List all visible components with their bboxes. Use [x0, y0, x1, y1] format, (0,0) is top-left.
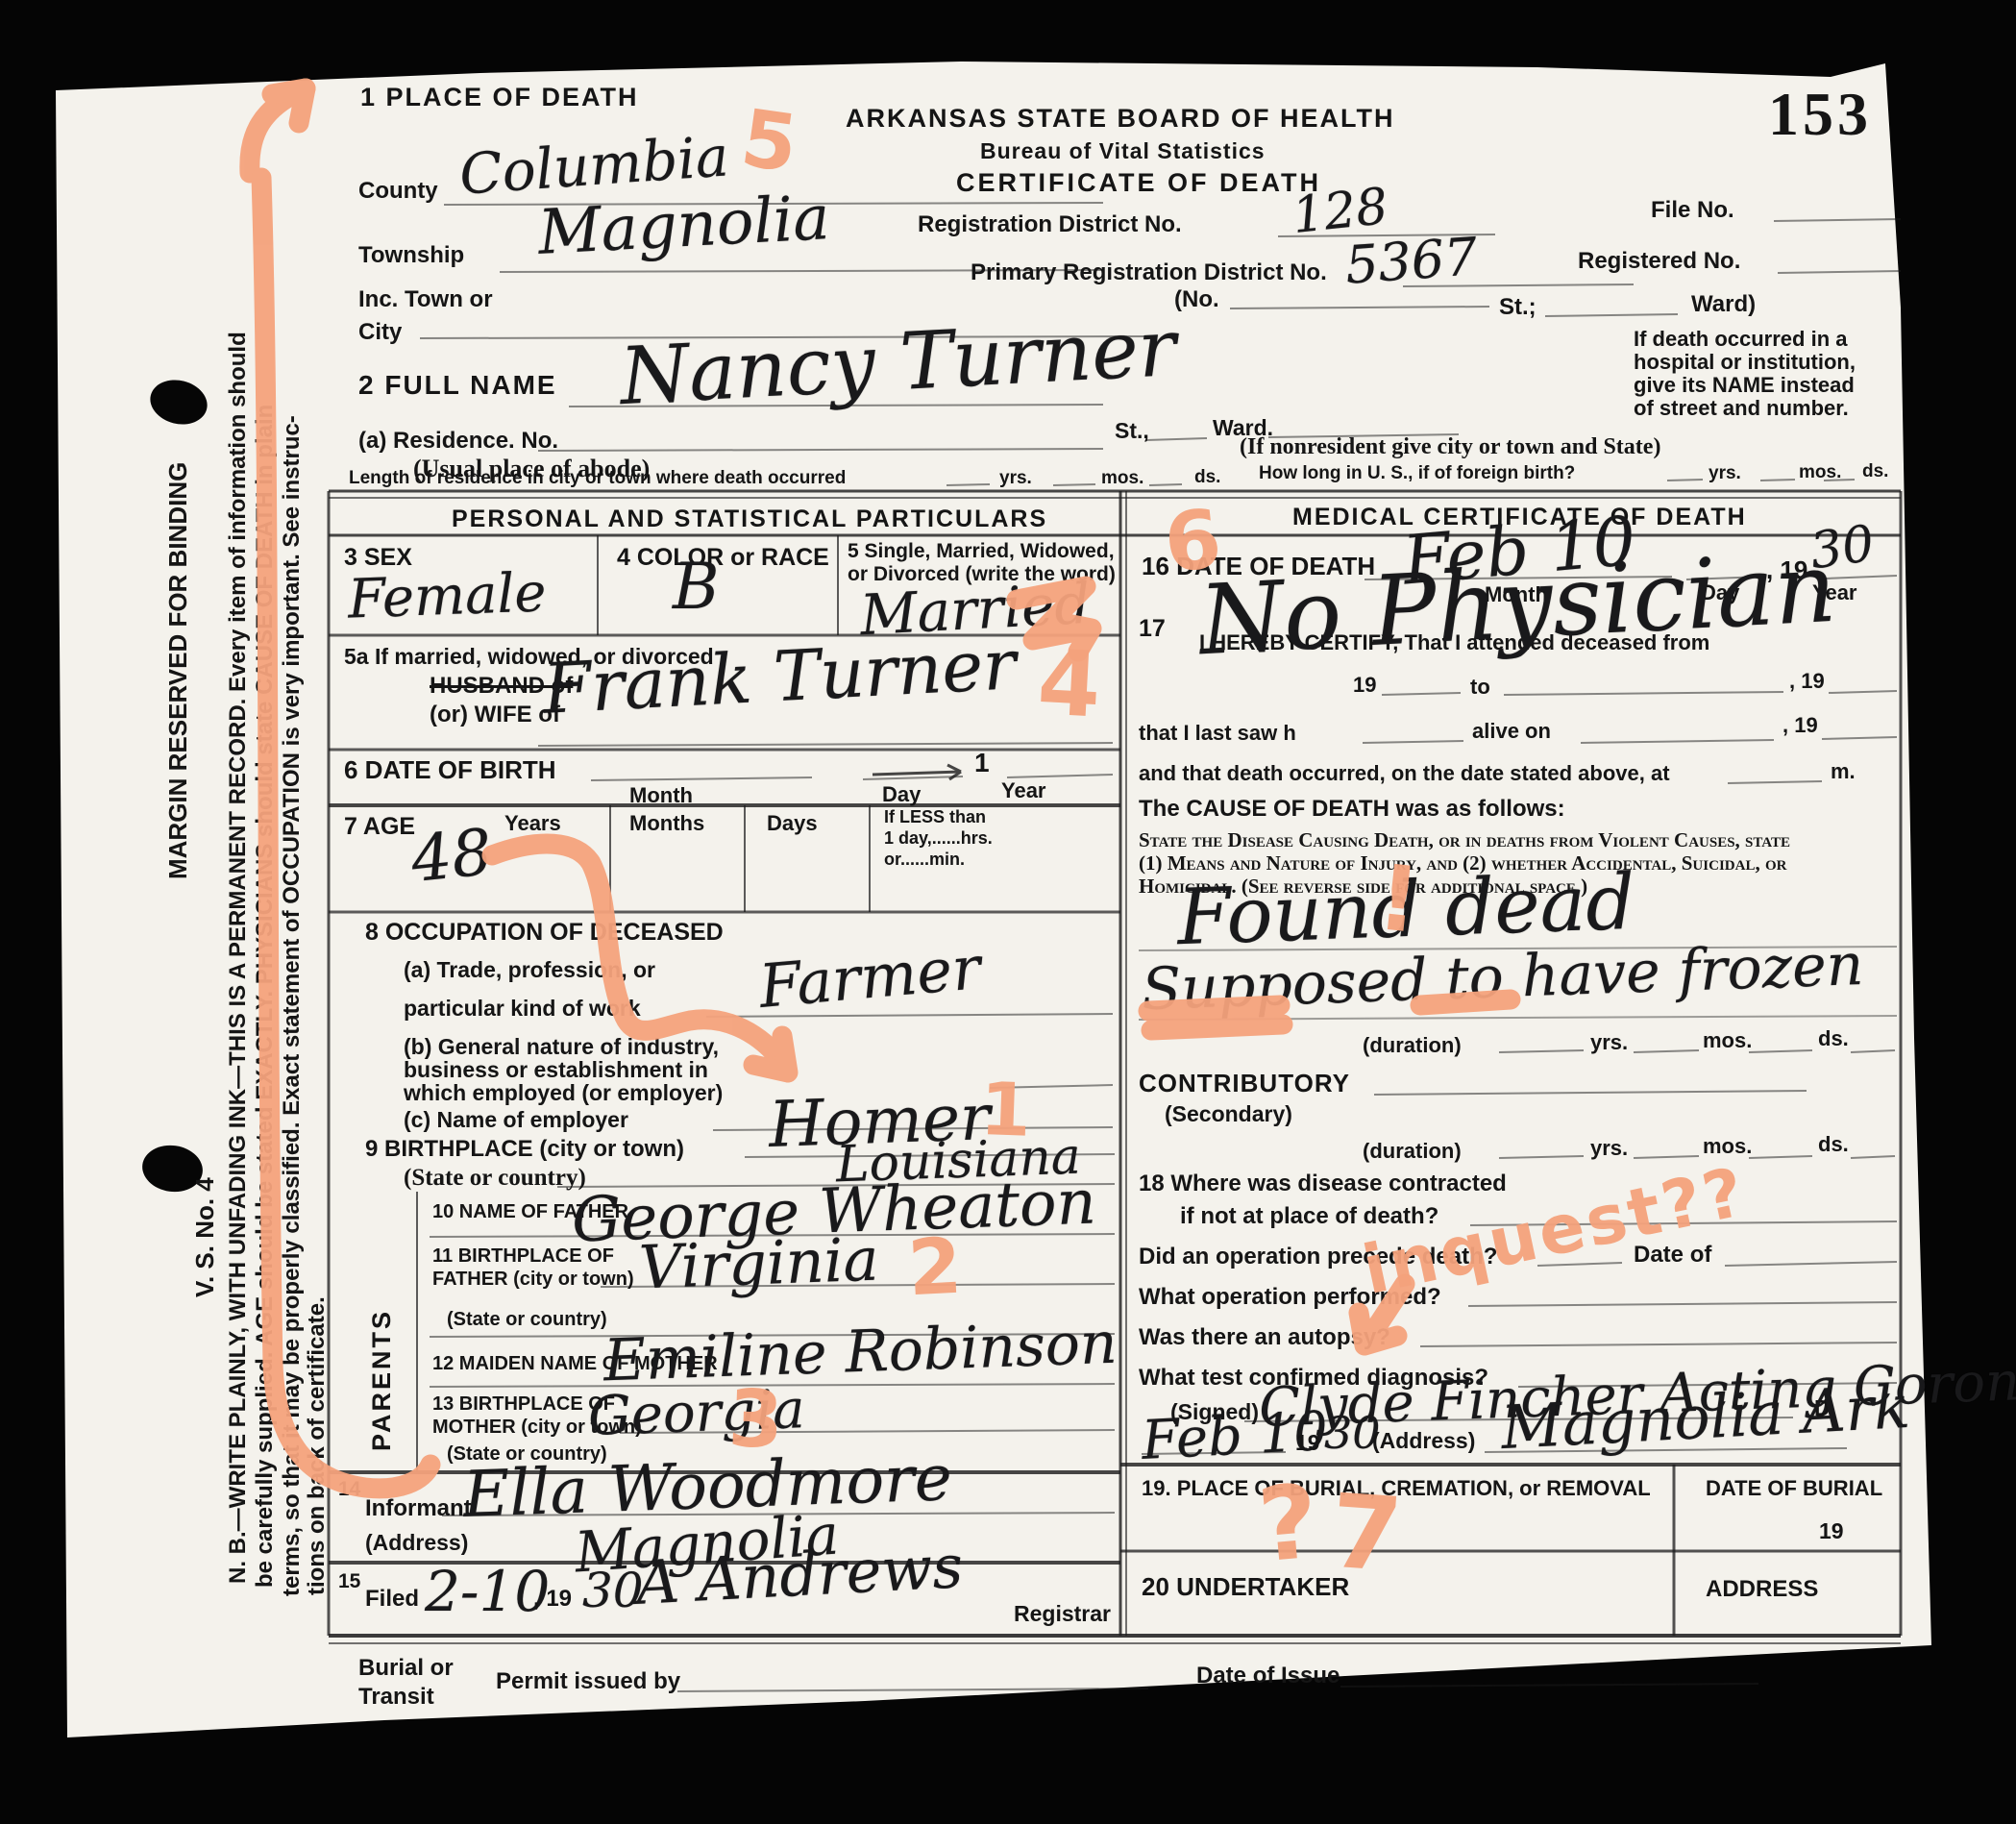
annotation-question-mark: ? [1254, 1463, 1323, 1586]
annotation-squiggle-arrow [492, 844, 778, 1057]
annotation-number-4: 4 [1035, 630, 1103, 738]
annotation-bracket-line [261, 178, 430, 1489]
annotation-number-1: 1 [978, 1066, 1032, 1153]
annotation-number-2: 2 [906, 1221, 964, 1314]
annotation-number-3: 3 [726, 1373, 784, 1467]
annotation-strokes [0, 0, 2016, 1824]
annotation-number-7: 7 [1327, 1472, 1406, 1595]
annotation-number-6: 6 [1160, 491, 1225, 591]
annotation-underlines [1148, 999, 1511, 1030]
scanned-death-certificate: MARGIN RESERVED FOR BINDING V. S. No. 4 … [0, 0, 2016, 1824]
